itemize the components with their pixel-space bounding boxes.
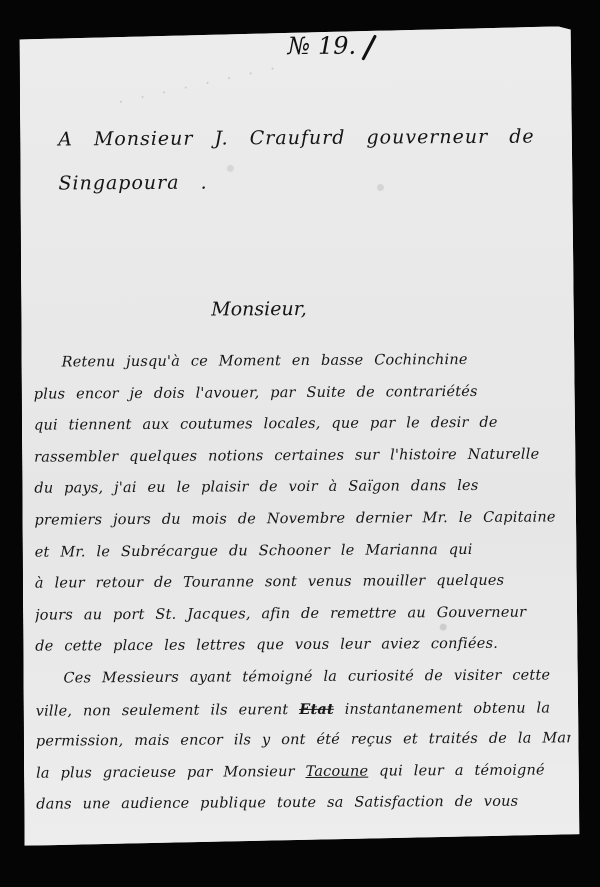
body-line: rassembler quelques notions certaines su… [34, 439, 569, 474]
address-line-2: Singapoura . [58, 158, 558, 205]
body-line: qui tiennent aux coutumes locales, que p… [34, 408, 569, 443]
body-line: Ces Messieurs ayant témoigné la curiosit… [35, 660, 570, 695]
body-line: du pays, j'ai eu le plaisir de voir à Sa… [34, 471, 569, 506]
faint-bleedthrough-text: · · · · · · · · [116, 3, 533, 122]
body-line: dans une audience publique toute sa Sati… [36, 787, 571, 822]
body-line: et Mr. le Subrécargue du Schooner le Mar… [35, 534, 570, 569]
body-line: de cette place les lettres que vous leur… [35, 629, 570, 664]
struck-word: Etat [299, 700, 334, 717]
letter-body: Retenu jusqu'à ce Moment en basse Cochin… [33, 344, 571, 821]
body-line: ville, non seulement ils eurent Etat ins… [36, 692, 571, 727]
body-line: plus encor je dois l'avouer, par Suite d… [34, 376, 569, 411]
folio-number: № 19. [288, 32, 357, 60]
body-line: permission, mais encor ils y ont été reç… [36, 723, 571, 758]
body-line: premiers jours du mois de Novembre derni… [34, 502, 569, 537]
body-line: Retenu jusqu'à ce Moment en basse Cochin… [33, 344, 568, 379]
body-line: jours au port St. Jacques, afin de remet… [35, 597, 570, 632]
address-block: A Monsieur J. Craufurd gouverneur de Sin… [58, 114, 559, 205]
salutation: Monsieur, [211, 298, 307, 321]
underlined-name: Tacoune [306, 763, 369, 779]
address-line-1: A Monsieur J. Craufurd gouverneur de [58, 114, 558, 161]
manuscript-page: · · · · · · · · № 19. A Monsieur J. Crau… [20, 26, 580, 845]
body-line: la plus gracieuse par Monsieur Tacoune q… [36, 755, 571, 790]
body-line: à leur retour de Touranne sont venus mou… [35, 566, 570, 601]
